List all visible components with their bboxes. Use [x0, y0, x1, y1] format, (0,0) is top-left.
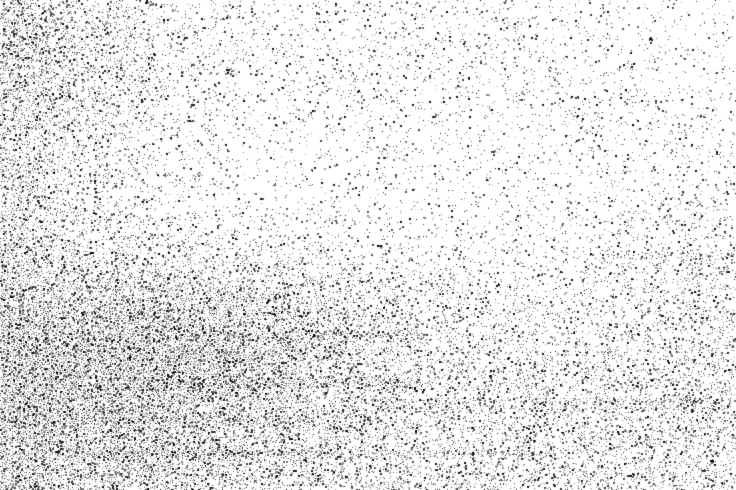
grunge-texture-figure — [0, 0, 736, 490]
page: { "texture": { "type": "halftone-dust-gr… — [0, 0, 736, 490]
halftone-noise-texture-canvas — [0, 0, 736, 490]
